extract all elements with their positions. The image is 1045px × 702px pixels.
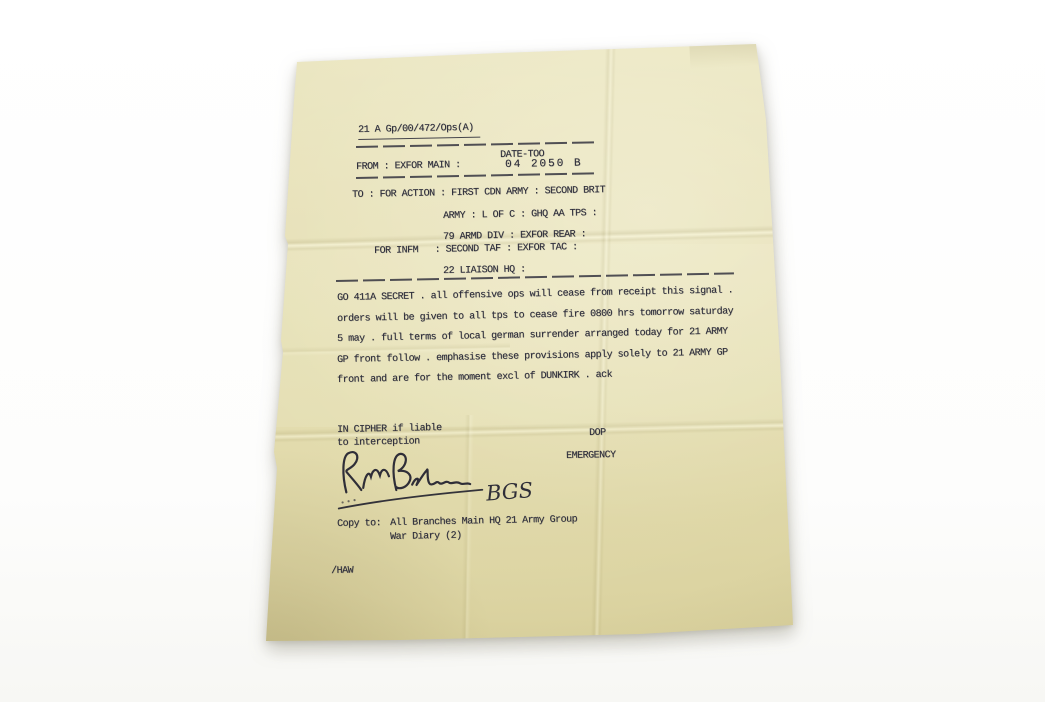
to-action-line-1: TO : FOR ACTION : FIRST CDN ARMY : SECON… — [352, 184, 605, 202]
signature-underline — [338, 490, 482, 509]
ink-dot — [341, 501, 343, 503]
signature-rank-bgs: BGS — [484, 478, 534, 506]
ink-dot — [347, 500, 349, 502]
body-line: GP front follow . emphasise these provis… — [337, 347, 728, 367]
telegram-paper-wrap: 21 A Gp/00/472/Ops(A) DATE-TOO FROM : EX… — [0, 0, 1045, 702]
typed-rule-header — [356, 172, 594, 179]
signature-scrawl — [412, 468, 470, 485]
signature-belchem: BGS — [329, 441, 541, 514]
copy-to-line-1: All Branches Main HQ 21 Army Group — [390, 513, 577, 530]
signature-scrawl — [343, 452, 361, 493]
body-line: orders will be given to all tps to cease… — [337, 305, 733, 326]
top-right-fold-shading — [689, 38, 771, 76]
dop-label: DOP — [589, 427, 606, 440]
cipher-note-line-1: IN CIPHER if liable — [337, 422, 442, 437]
body-line: 5 may . full terms of local german surre… — [337, 326, 728, 346]
emergency-label: EMERGENCY — [566, 449, 616, 463]
typed-rule-top — [356, 141, 594, 148]
from-line: FROM : EXFOR MAIN : — [356, 159, 461, 174]
copy-to-line-2: War Diary (2) — [390, 530, 462, 544]
date-time-group: 04 2050 B — [505, 158, 583, 172]
body-line: GO 411A SECRET . all offensive ops will … — [337, 284, 733, 305]
typist-initials: /HAW — [331, 565, 353, 578]
document-reference: 21 A Gp/00/472/Ops(A) — [358, 122, 480, 140]
signature-scrawl — [363, 470, 389, 488]
signature-scrawl — [393, 454, 411, 490]
body-line: front and are for the moment excl of DUN… — [337, 369, 612, 387]
to-action-line-2: ARMY : L OF C : GHQ AA TPS : — [443, 207, 597, 223]
telegram-paper: 21 A Gp/00/472/Ops(A) DATE-TOO FROM : EX… — [0, 0, 1045, 702]
photo-backdrop: 21 A Gp/00/472/Ops(A) DATE-TOO FROM : EX… — [0, 0, 1045, 702]
typed-rule-separator — [336, 272, 734, 282]
copy-to-label: Copy to: — [337, 517, 381, 531]
ink-dot — [353, 499, 355, 501]
for-infm-line-1: FOR INFM : SECOND TAF : EXFOR TAC : — [374, 241, 578, 258]
